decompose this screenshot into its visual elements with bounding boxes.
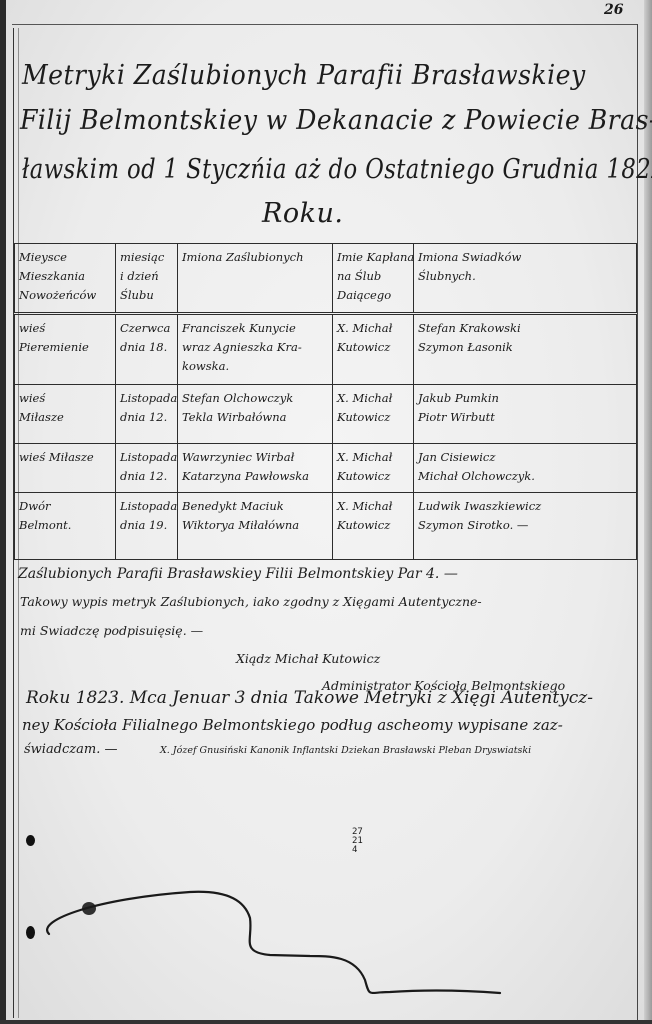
margin-marks: 27 21 4 — [352, 828, 363, 855]
cell-couple: Franciszek Kunycie wraz Agnieszka Kra- k… — [178, 314, 333, 385]
title-line-1: Metryki Zaślubionych Parafii Brasławskie… — [22, 60, 586, 91]
certification-line-1: Roku 1823. Mca Jenuar 3 dnia Takowe Metr… — [26, 688, 593, 708]
cell-place: wieś Miłasze — [15, 385, 116, 444]
header-residence: Mieysce Mieszkania Nowożeńców — [15, 244, 116, 314]
header-date: miesiąc i dzień Ślubu — [116, 244, 178, 314]
cell-couple: Stefan Olchowczyk Tekla Wirbałówna — [178, 385, 333, 444]
title-line-4: Roku. — [262, 198, 343, 229]
header-witnesses: Imiona Swiadków Ślubnych. — [414, 244, 637, 314]
cell-priest: X. Michał Kutowicz — [333, 314, 414, 385]
header-couple: Imiona Zaślubionych — [178, 244, 333, 314]
title-line-2: Filij Belmontskiey w Dekanacie z Powieci… — [20, 105, 652, 136]
title-line-3: ławskim od 1 Styczńia aż do Ostatniego G… — [22, 154, 652, 185]
table-header-row: Mieysce Mieszkania Nowożeńców miesiąc i … — [15, 244, 637, 314]
page-bottom-edge — [0, 1020, 652, 1024]
certification-line-2: ney Kościoła Filialnego Belmontskiego po… — [22, 716, 563, 734]
cell-priest: X. Michał Kutowicz — [333, 493, 414, 560]
table-row: wieś Miłasze Listopada dnia 12. Wawrzyni… — [15, 444, 637, 493]
table-row: Dwór Belmont. Listopada dnia 19. Benedyk… — [15, 493, 637, 560]
cell-witnesses: Jan Cisiewicz Michał Olchowczyk. — [414, 444, 637, 493]
cell-date: Listopada dnia 12. — [116, 444, 178, 493]
cell-couple: Benedykt Maciuk Wiktorya Miłałówna — [178, 493, 333, 560]
cell-place: wieś Pieremienie — [15, 314, 116, 385]
cell-date: Listopada dnia 19. — [116, 493, 178, 560]
cell-witnesses: Stefan Krakowski Szymon Łasonik — [414, 314, 637, 385]
cell-witnesses: Ludwik Iwaszkiewicz Szymon Sirotko. — — [414, 493, 637, 560]
closing-flourish — [40, 890, 510, 1010]
cell-date: Czerwca dnia 18. — [116, 314, 178, 385]
cell-date: Listopada dnia 12. — [116, 385, 178, 444]
page-number: 26 — [604, 2, 623, 18]
cell-place: Dwór Belmont. — [15, 493, 116, 560]
binding-edge — [0, 0, 6, 1024]
cell-witnesses: Jakub Pumkin Piotr Wirbutt — [414, 385, 637, 444]
table-row: wieś Pieremienie Czerwca dnia 18. Franci… — [15, 314, 637, 385]
attestation-line-2: mi Swiadczę podpisuięsię. — — [20, 623, 203, 638]
register-page: 26 Metryki Zaślubionych Parafii Brasławs… — [0, 0, 652, 1024]
cell-place: wieś Miłasze — [15, 444, 116, 493]
header-priest: Imie Kapłana na Ślub Daiącego — [333, 244, 414, 314]
signature-priest-name: Xiądz Michał Kutowicz — [236, 651, 380, 666]
total-marriages-line: Zaślubionych Parafii Brasławskiey Filii … — [18, 566, 458, 582]
marriage-register-table: Mieysce Mieszkania Nowożeńców miesiąc i … — [14, 243, 637, 560]
dean-signature: X. Józef Gnusiński Kanonik Inflantski Dz… — [160, 745, 531, 756]
frame-top-rule — [12, 24, 638, 25]
cell-priest: X. Michał Kutowicz — [333, 385, 414, 444]
cell-couple: Wawrzyniec Wirbał Katarzyna Pawłowska — [178, 444, 333, 493]
binding-hole — [26, 835, 35, 846]
binding-hole — [26, 926, 35, 939]
cell-priest: X. Michał Kutowicz — [333, 444, 414, 493]
table-row: wieś Miłasze Listopada dnia 12. Stefan O… — [15, 385, 637, 444]
certification-line-3: świadczam. — — [24, 742, 118, 757]
attestation-line-1: Takowy wypis metryk Zaślubionych, iako z… — [20, 594, 482, 609]
